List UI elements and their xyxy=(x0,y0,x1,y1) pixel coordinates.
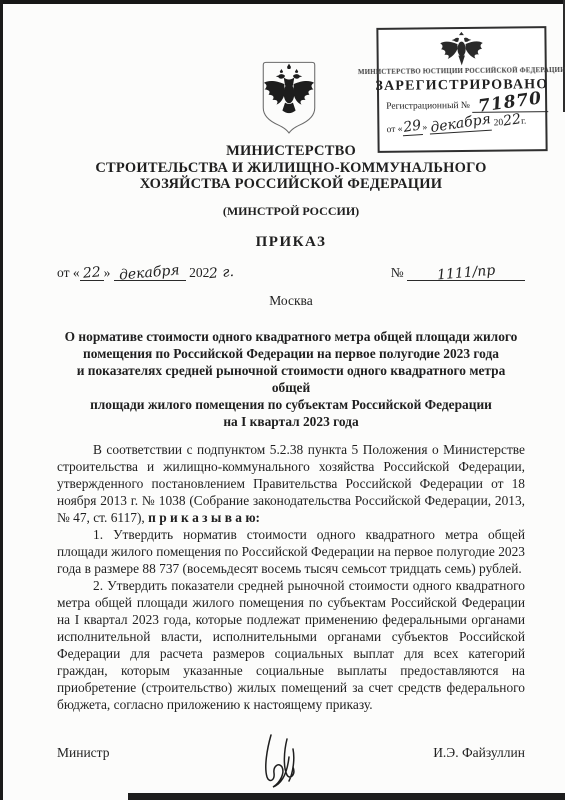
order-number-value: 1111/пр xyxy=(436,263,495,282)
subject-line-3: и показателях средней рыночной стоимости… xyxy=(57,362,525,396)
reg-number-underline: 71870 xyxy=(472,94,548,113)
order-date-day: 22 xyxy=(82,265,101,281)
order-date-prefix: от « xyxy=(57,265,80,280)
document-type-title: ПРИКАЗ xyxy=(57,234,525,251)
order-date-month: декабря xyxy=(119,263,181,282)
order-date: от «22» декабря 2022 г. xyxy=(57,265,234,281)
subject-line-2: помещения по Российской Федерации на пер… xyxy=(57,345,525,362)
stamp-date-year-written: 22 xyxy=(502,111,522,129)
stamp-eagle-icon xyxy=(435,31,487,68)
subject-line-5: на I квартал 2023 года xyxy=(57,413,525,430)
scan-edge-top xyxy=(0,0,565,4)
subject-line-1: О нормативе стоимости одного квадратного… xyxy=(57,328,525,345)
reg-number-label: Регистрационный № xyxy=(386,101,470,112)
ministry-short-name: (МИНСТРОЙ РОССИИ) xyxy=(57,204,525,219)
body-paragraph-3: 2. Утвердить показатели средней рыночной… xyxy=(57,577,525,713)
scan-edge-bottom xyxy=(128,793,565,800)
subject-line-4: площади жилого помещения по субъектам Ро… xyxy=(57,396,525,413)
order-date-year-printed: 202 xyxy=(186,265,210,280)
body-paragraph-1-text: В соответствии с подпунктом 5.2.38 пункт… xyxy=(57,442,525,525)
body-paragraph-1-emphasis: п р и к а з ы в а ю: xyxy=(148,510,260,525)
ministry-name-line1: МИНИСТЕРСТВО xyxy=(57,143,525,160)
stamp-date-year-printed: 20 xyxy=(491,118,503,129)
scanned-order-document: МИНИСТЕРСТВО ЮСТИЦИИ РОССИЙСКОЙ ФЕДЕРАЦИ… xyxy=(0,0,565,800)
scan-edge-left xyxy=(0,0,3,800)
stamp-date-day: 29 xyxy=(402,118,422,135)
ministry-name: МИНИСТЕРСТВО СТРОИТЕЛЬСТВА И ЖИЛИЩНО-КОМ… xyxy=(57,143,525,193)
registration-stamp: МИНИСТЕРСТВО ЮСТИЦИИ РОССИЙСКОЙ ФЕДЕРАЦИ… xyxy=(376,26,547,153)
body-paragraph-2: 1. Утвердить норматив стоимости одного к… xyxy=(57,526,525,577)
order-number: № 1111/пр xyxy=(391,265,525,281)
minister-signature-icon xyxy=(249,729,305,797)
order-date-year-written: 2 г. xyxy=(209,263,235,281)
stamp-date-prefix: от « xyxy=(386,124,403,135)
stamp-registration-date: от «29» декабря 2022г. xyxy=(379,112,527,138)
stamp-authority-text: МИНИСТЕРСТВО ЮСТИЦИИ РОССИЙСКОЙ ФЕДЕРАЦИ… xyxy=(358,67,565,76)
minister-title: Министр xyxy=(57,745,109,761)
document-content: МИНИСТЕРСТВО СТРОИТЕЛЬСТВА И ЖИЛИЩНО-КОМ… xyxy=(57,143,525,761)
stamp-date-month: декабря xyxy=(429,112,491,135)
minister-name: И.Э. Файзуллин xyxy=(433,745,525,761)
order-date-mid: » xyxy=(104,265,114,280)
ministry-name-line2: СТРОИТЕЛЬСТВА И ЖИЛИЩНО-КОММУНАЛЬНОГО xyxy=(57,160,525,177)
ministry-name-line3: ХОЗЯЙСТВА РОССИЙСКОЙ ФЕДЕРАЦИИ xyxy=(57,176,525,193)
body-paragraph-1: В соответствии с подпунктом 5.2.38 пункт… xyxy=(57,441,525,526)
place-name: Москва xyxy=(57,293,525,309)
signature-row: Министр И.Э. Файзуллин xyxy=(57,745,525,761)
coat-of-arms-icon xyxy=(256,58,322,138)
date-and-number-row: от «22» декабря 2022 г. № 1111/пр xyxy=(57,265,525,281)
order-number-label: № xyxy=(391,265,404,280)
subject-title: О нормативе стоимости одного квадратного… xyxy=(57,328,525,430)
